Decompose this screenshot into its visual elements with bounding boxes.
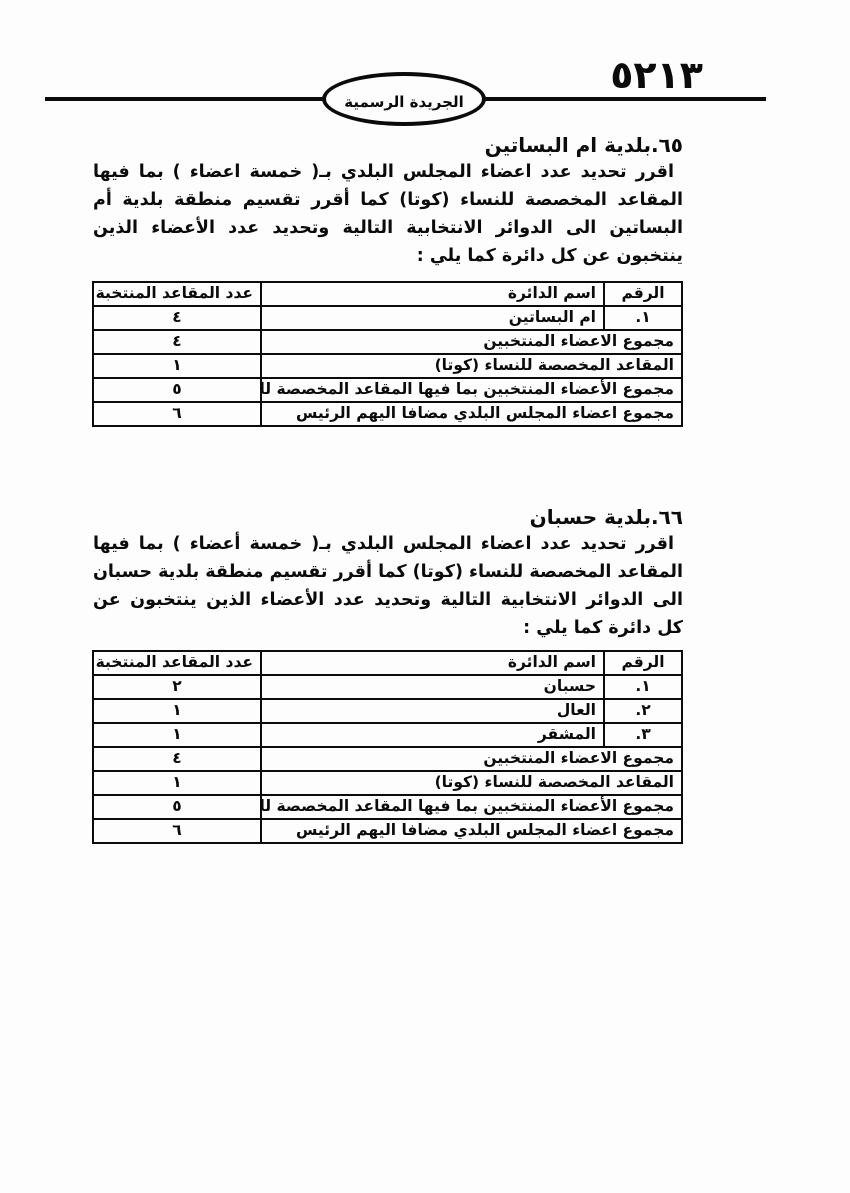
section-municipality-65: ٦٥.بلدية ام البساتين اقرر تحديد عدد اعضا… [93,133,683,427]
section-municipality-66: ٦٦.بلدية حسبان اقرر تحديد عدد اعضاء المج… [93,505,683,844]
summary-row: مجموع اعضاء المجلس البلدي مضافا اليهم ال… [93,402,682,426]
summary-label: مجموع الاعضاء المنتخبين [261,330,682,354]
summary-label: مجموع اعضاء المجلس البلدي مضافا اليهم ال… [261,819,682,843]
district-row: ٢. العال ١ [93,699,682,723]
district-number: ٣. [604,723,682,747]
summary-label: المقاعد المخصصة للنساء (كوتا) [261,771,682,795]
header-elected-seats: عدد المقاعد المنتخبة [93,651,261,675]
summary-label: مجموع الاعضاء المنتخبين [261,747,682,771]
summary-value: ١ [93,354,261,378]
district-row: ١. حسبان ٢ [93,675,682,699]
summary-label: مجموع الأعضاء المنتخبين بما فيها المقاعد… [261,378,682,402]
summary-value: ٦ [93,819,261,843]
section-65-paragraph: اقرر تحديد عدد اعضاء المجلس البلدي بـ( خ… [93,158,683,270]
district-seats: ١ [93,699,261,723]
district-name: حسبان [261,675,604,699]
gazette-page: ٥٢١٣ الجريدة الرسمية ٦٥.بلدية ام البساتي… [0,0,850,1193]
summary-value: ٤ [93,747,261,771]
summary-label: المقاعد المخصصة للنساء (كوتا) [261,354,682,378]
summary-row: مجموع الأعضاء المنتخبين بما فيها المقاعد… [93,378,682,402]
district-row: ٣. المشقر ١ [93,723,682,747]
summary-label: مجموع اعضاء المجلس البلدي مضافا اليهم ال… [261,402,682,426]
header-number: الرقم [604,282,682,306]
district-seats: ٢ [93,675,261,699]
district-seats: ١ [93,723,261,747]
summary-value: ٥ [93,378,261,402]
summary-label: مجموع الأعضاء المنتخبين بما فيها المقاعد… [261,795,682,819]
summary-row: مجموع الأعضاء المنتخبين بما فيها المقاعد… [93,795,682,819]
summary-value: ٥ [93,795,261,819]
summary-row: المقاعد المخصصة للنساء (كوتا) ١ [93,771,682,795]
summary-row: المقاعد المخصصة للنساء (كوتا) ١ [93,354,682,378]
district-number: ١. [604,675,682,699]
summary-row: مجموع الاعضاء المنتخبين ٤ [93,330,682,354]
summary-value: ١ [93,771,261,795]
district-name: المشقر [261,723,604,747]
table-header-row: الرقم اسم الدائرة عدد المقاعد المنتخبة [93,282,682,306]
summary-value: ٤ [93,330,261,354]
district-number: ٢. [604,699,682,723]
table-header-row: الرقم اسم الدائرة عدد المقاعد المنتخبة [93,651,682,675]
summary-value: ٦ [93,402,261,426]
header-elected-seats: عدد المقاعد المنتخبة [93,282,261,306]
section-66-districts-table: الرقم اسم الدائرة عدد المقاعد المنتخبة ١… [92,650,683,844]
header-district-name: اسم الدائرة [261,651,604,675]
district-name: ام البساتين [261,306,604,330]
summary-row: مجموع اعضاء المجلس البلدي مضافا اليهم ال… [93,819,682,843]
section-66-paragraph: اقرر تحديد عدد اعضاء المجلس البلدي بـ( خ… [93,530,683,642]
summary-row: مجموع الاعضاء المنتخبين ٤ [93,747,682,771]
district-seats: ٤ [93,306,261,330]
district-name: العال [261,699,604,723]
header-district-name: اسم الدائرة [261,282,604,306]
section-65-districts-table: الرقم اسم الدائرة عدد المقاعد المنتخبة ١… [92,281,683,427]
section-65-heading: ٦٥.بلدية ام البساتين [93,133,683,157]
header-number: الرقم [604,651,682,675]
section-66-heading: ٦٦.بلدية حسبان [93,505,683,529]
gazette-title-badge: الجريدة الرسمية [322,72,486,126]
page-number: ٥٢١٣ [610,56,703,94]
district-number: ١. [604,306,682,330]
district-row: ١. ام البساتين ٤ [93,306,682,330]
gazette-title: الجريدة الرسمية [344,87,463,111]
